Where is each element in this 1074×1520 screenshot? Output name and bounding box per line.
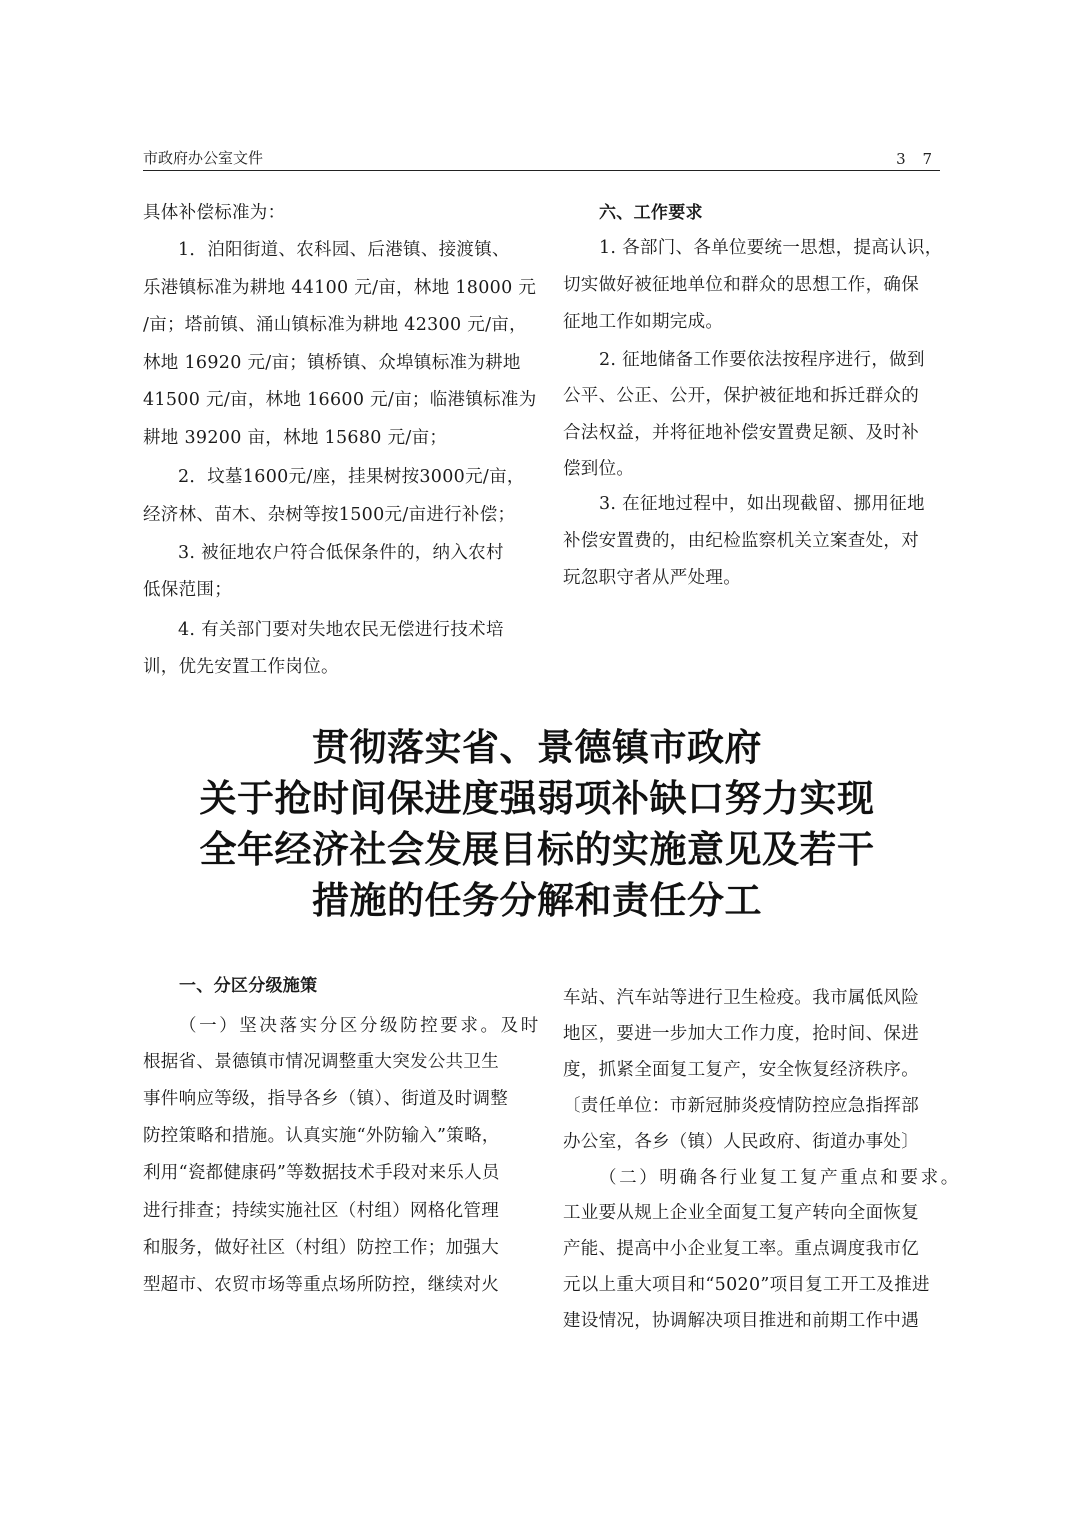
text-line: 根据省、景德镇市情况调整重大突发公共卫生 — [143, 1050, 499, 1074]
responsible-units-note: 〔责任单位：市新冠肺炎疫情防控应急指挥部 — [563, 1094, 919, 1118]
text-line: 低保范围； — [143, 578, 232, 602]
text-line: 偿到位。 — [563, 457, 634, 481]
text-line: 建设情况，协调解决项目推进和前期工作中遇 — [563, 1309, 919, 1333]
text-line: 训，优先安置工作岗位。 — [143, 655, 339, 679]
text-line: 4. 有关部门要对失地农民无偿进行技术培 — [178, 618, 504, 642]
text-line: 补偿安置费的，由纪检监察机关立案查处，对 — [563, 529, 919, 553]
text-line: 元以上重大项目和“5020”项目复工开工及推进 — [563, 1273, 930, 1297]
text-line: 林地 16920 元/亩；镇桥镇、众埠镇标准为耕地 — [143, 351, 521, 375]
text-line: 耕地 39200 亩，林地 15680 元/亩； — [143, 426, 447, 450]
text-line: 经济林、苗木、杂树等按1500元/亩进行补偿； — [143, 503, 515, 527]
text-line: 1．泊阳街道、农科园、后港镇、接渡镇、 — [178, 238, 510, 262]
text-line: 防控策略和措施。认真实施“外防输入”策略， — [143, 1124, 500, 1148]
title-line: 贯彻落实省、景德镇市政府 — [0, 725, 1074, 771]
section-heading: 六、工作要求 — [599, 201, 703, 225]
text-line: /亩；塔前镇、涌山镇标准为耕地 42300 元/亩， — [143, 313, 527, 337]
header-office-label: 市政府办公室文件 — [143, 147, 263, 168]
text-line: 2．坟墓1600元/座，挂果树按3000元/亩， — [178, 465, 525, 489]
title-line: 措施的任务分解和责任分工 — [0, 878, 1074, 924]
text-line: 和服务，做好社区（村组）防控工作；加强大 — [143, 1236, 499, 1260]
text-line: 度，抓紧全面复工复产，安全恢复经济秩序。 — [563, 1058, 919, 1082]
text-line: 进行排查；持续实施社区（村组）网格化管理 — [143, 1199, 499, 1223]
text-line: 利用“瓷都健康码”等数据技术手段对来乐人员 — [143, 1161, 500, 1185]
text-line: 型超市、农贸市场等重点场所防控，继续对火 — [143, 1273, 499, 1297]
text-line: 1. 各部门、各单位要统一思想，提高认识， — [599, 236, 943, 260]
text-line: 具体补偿标准为： — [143, 201, 285, 225]
text-line: 公平、公正、公开，保护被征地和拆迁群众的 — [563, 384, 919, 408]
text-line: 玩忽职守者从严处理。 — [563, 566, 741, 590]
text-line: 事件响应等级，指导各乡（镇）、街道及时调整 — [143, 1087, 508, 1111]
page-header: 市政府办公室文件 3 7 — [143, 146, 940, 171]
text-line: 乐港镇标准为耕地 44100 元/亩，林地 18000 元 — [143, 276, 536, 300]
text-line: 征地工作如期完成。 — [563, 310, 723, 334]
page-number: 3 7 — [896, 150, 938, 168]
text-line: 车站、汽车站等进行卫生检疫。我市属低风险 — [563, 986, 919, 1010]
text-line: 工业要从规上企业全面复工复产转向全面恢复 — [563, 1201, 919, 1225]
text-line: 2. 征地储备工作要依法按程序进行，做到 — [599, 348, 925, 372]
text-line: 41500 元/亩，林地 16600 元/亩；临港镇标准为 — [143, 388, 537, 412]
section-heading: 一、分区分级施策 — [179, 974, 317, 998]
title-line: 全年经济社会发展目标的实施意见及若干 — [0, 827, 1074, 873]
text-line: 切实做好被征地单位和群众的思想工作，确保 — [563, 273, 919, 297]
subsection-heading: （二）明确各行业复工复产重点和要求。 — [599, 1166, 961, 1190]
document-page: 市政府办公室文件 3 7 具体补偿标准为： 1．泊阳街道、农科园、后港镇、接渡镇… — [0, 0, 1074, 1520]
responsible-units-note: 办公室，各乡（镇）人民政府、街道办事处〕 — [563, 1130, 919, 1154]
title-line: 关于抢时间保进度强弱项补缺口努力实现 — [0, 776, 1074, 822]
subsection-heading: （一）坚决落实分区分级防控要求。及时 — [179, 1014, 541, 1038]
text-line: 合法权益，并将征地补偿安置费足额、及时补 — [563, 421, 919, 445]
text-line: 产能、提高中小企业复工率。重点调度我市亿 — [563, 1237, 919, 1261]
text-line: 3. 在征地过程中，如出现截留、挪用征地 — [599, 492, 925, 516]
text-line: 3. 被征地农户符合低保条件的，纳入农村 — [178, 541, 504, 565]
text-line: 地区，要进一步加大工作力度，抢时间、保进 — [563, 1022, 919, 1046]
